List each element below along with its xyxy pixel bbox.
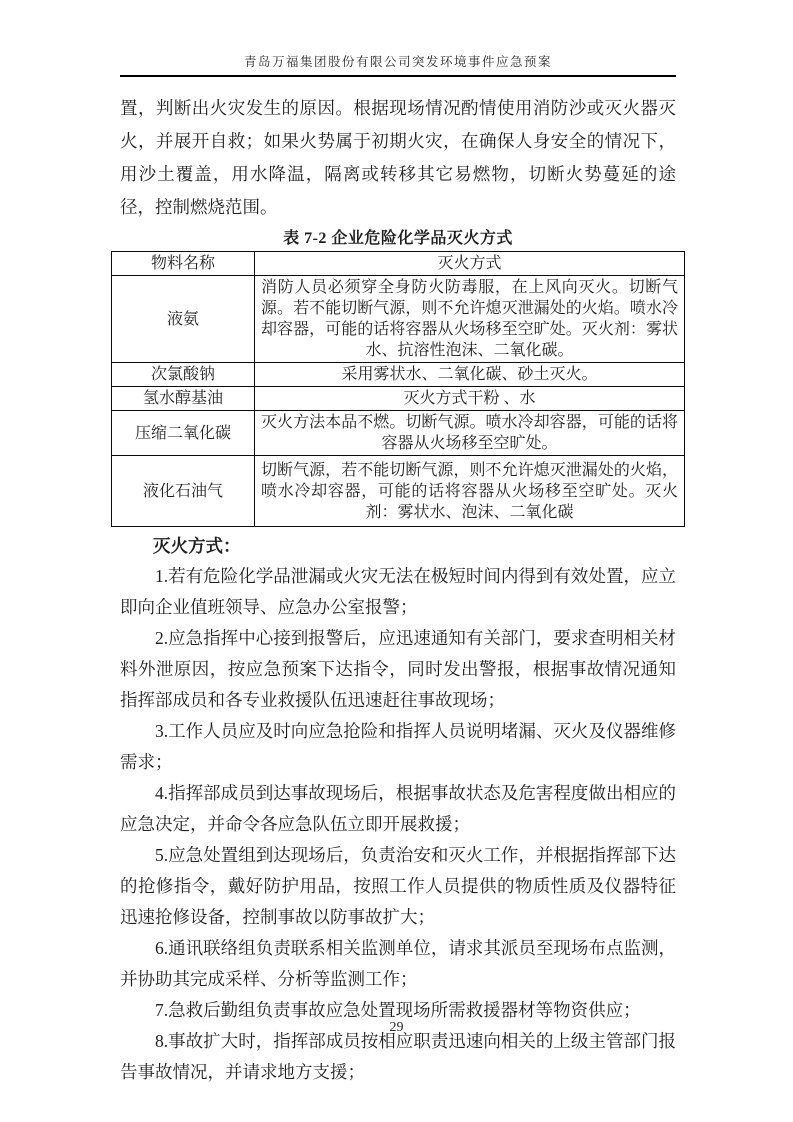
material-name-cell: 氢水醇基油 xyxy=(112,387,255,411)
section-heading-extinguish-methods: 灭火方式： xyxy=(120,531,676,561)
method-cell: 采用雾状水、二氧化碳、砂土灭火。 xyxy=(255,363,685,387)
header-rule xyxy=(120,75,676,77)
page-number: 29 xyxy=(0,1020,793,1036)
column-header-method: 灭火方式 xyxy=(255,252,685,276)
numbered-item-1: 1.若有危险化学品泄漏或火灾无法在极短时间内得到有效处置，应立即向企业值班领导、… xyxy=(120,561,676,623)
material-name-cell: 液氨 xyxy=(112,276,255,363)
table-row: 次氯酸钠 采用雾状水、二氧化碳、砂土灭火。 xyxy=(112,363,685,387)
table-caption: 表 7-2 企业危险化学品灭火方式 xyxy=(120,226,676,251)
numbered-item-3: 3.工作人员应及时向应急抢险和指挥人员说明堵漏、灭火及仪器维修需求； xyxy=(120,716,676,778)
table-header-row: 物料名称 灭火方式 xyxy=(112,252,685,276)
method-cell: 灭火方式干粉 、水 xyxy=(255,387,685,411)
numbered-item-4: 4.指挥部成员到达事故现场后，根据事故状态及危害程度做出相应的应急决定，并命令各… xyxy=(120,778,676,840)
running-header-title: 青岛万福集团股份有限公司突发环境事件应急预案 xyxy=(120,52,676,70)
fire-extinguishing-table: 物料名称 灭火方式 液氨 消防人员必须穿全身防火防毒服，在上风向灭火。切断气源。… xyxy=(111,251,685,527)
page-content: 置，判断出火灾发生的原因。根据现场情况酌情使用消防沙或灭火器灭火，并展开自救；如… xyxy=(120,92,676,1088)
method-cell: 灭火方法本品不燃。切断气源。喷水冷却容器，可能的话将容器从火场移至空旷处。 xyxy=(255,411,685,456)
table-row: 压缩二氧化碳 灭火方法本品不燃。切断气源。喷水冷却容器，可能的话将容器从火场移至… xyxy=(112,411,685,456)
material-name-cell: 液化石油气 xyxy=(112,456,255,527)
numbered-item-6: 6.通讯联络组负责联系相关监测单位，请求其派员至现场布点监测，并协助其完成采样、… xyxy=(120,933,676,995)
column-header-material-name: 物料名称 xyxy=(112,252,255,276)
material-name-cell: 压缩二氧化碳 xyxy=(112,411,255,456)
method-cell: 消防人员必须穿全身防火防毒服，在上风向灭火。切断气源。若不能切断气源，则不允许熄… xyxy=(255,276,685,363)
numbered-item-5: 5.应急处置组到达现场后，负责治安和灭火工作，并根据指挥部下达的抢修指令，戴好防… xyxy=(120,840,676,933)
table-row: 液氨 消防人员必须穿全身防火防毒服，在上风向灭火。切断气源。若不能切断气源，则不… xyxy=(112,276,685,363)
material-name-cell: 次氯酸钠 xyxy=(112,363,255,387)
table-row: 氢水醇基油 灭火方式干粉 、水 xyxy=(112,387,685,411)
table-row: 液化石油气 切断气源，若不能切断气源，则不允许熄灭泄漏处的火焰，喷水冷却容器，可… xyxy=(112,456,685,527)
intro-paragraph: 置，判断出火灾发生的原因。根据现场情况酌情使用消防沙或灭火器灭火，并展开自救；如… xyxy=(120,92,676,224)
method-cell: 切断气源，若不能切断气源，则不允许熄灭泄漏处的火焰，喷水冷却容器，可能的话将容器… xyxy=(255,456,685,527)
document-page: 青岛万福集团股份有限公司突发环境事件应急预案 置，判断出火灾发生的原因。根据现场… xyxy=(0,0,793,1122)
numbered-item-2: 2.应急指挥中心接到报警后，应迅速通知有关部门，要求查明相关材料外泄原因，按应急… xyxy=(120,623,676,716)
